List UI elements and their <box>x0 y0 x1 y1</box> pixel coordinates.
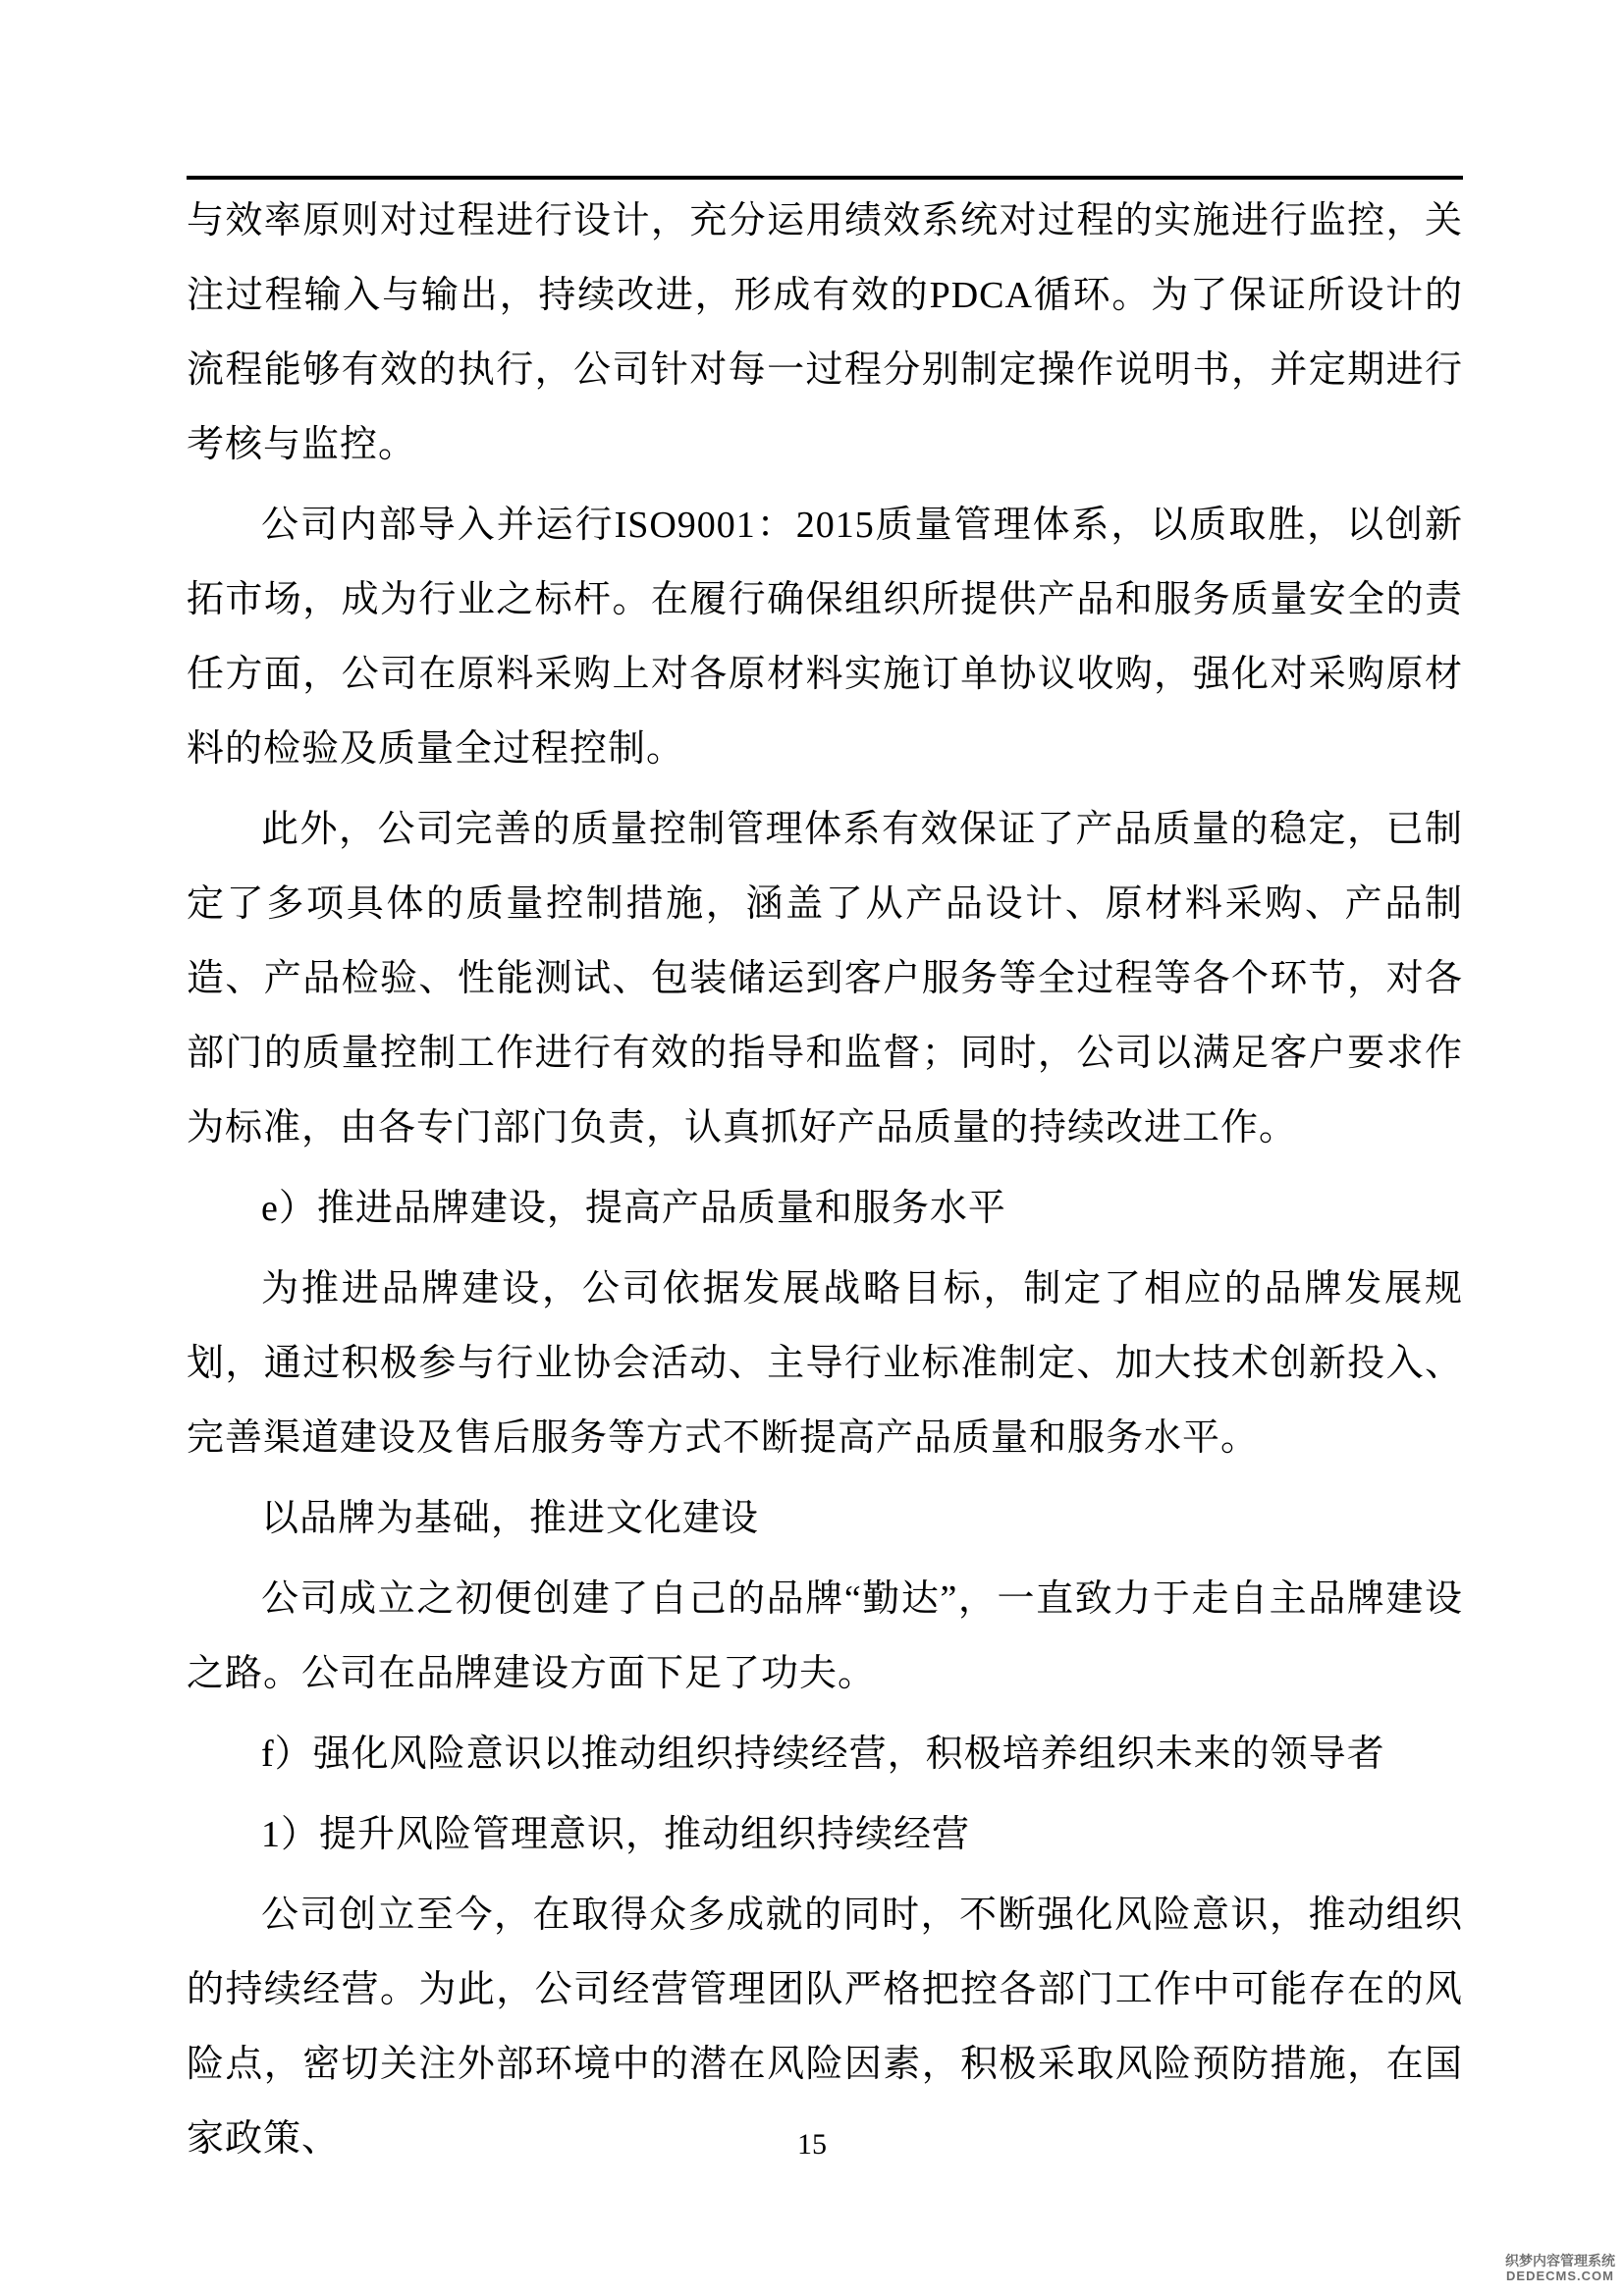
heading-item-e: e）推进品牌建设，提高产品质量和服务水平 <box>187 1171 1463 1246</box>
paragraph: 公司内部导入并运行ISO9001：2015质量管理体系，以质取胜，以创新拓市场，… <box>187 488 1463 786</box>
dedecms-watermark: 织梦内容管理系统 DEDECMS.COM <box>1505 2253 1615 2283</box>
paragraph: 公司成立之初便创建了自己的品牌“勤达”，一直致力于走自主品牌建设之路。公司在品牌… <box>187 1562 1463 1711</box>
header-rule <box>187 176 1463 180</box>
subheading-brand-culture: 以品牌为基础，推进文化建设 <box>187 1481 1463 1556</box>
page: 与效率原则对过程进行设计，充分运用绩效系统对过程的实施进行监控，关注过程输入与输… <box>0 0 1624 2296</box>
paragraph-continuation: 与效率原则对过程进行设计，充分运用绩效系统对过程的实施进行监控，关注过程输入与输… <box>187 184 1463 482</box>
heading-item-f: f）强化风险意识以推动组织持续经营，积极培养组织未来的领导者 <box>187 1717 1463 1791</box>
document-page: { "doc": { "paragraphs": [ {"text": "与效率… <box>0 0 1624 2296</box>
paragraph: 为推进品牌建设，公司依据发展战略目标，制定了相应的品牌发展规划，通过积极参与行业… <box>187 1252 1463 1475</box>
watermark-domain-line: DEDECMS.COM <box>1505 2269 1615 2283</box>
page-number: 15 <box>0 2128 1624 2162</box>
paragraph: 此外，公司完善的质量控制管理体系有效保证了产品质量的稳定，已制定了多项具体的质量… <box>187 792 1463 1165</box>
body-text: 与效率原则对过程进行设计，充分运用绩效系统对过程的实施进行监控，关注过程输入与输… <box>187 184 1463 2182</box>
heading-item-1: 1）提升风险管理意识，推动组织持续经营 <box>187 1797 1463 1872</box>
watermark-chinese-line: 织梦内容管理系统 <box>1505 2253 1615 2269</box>
